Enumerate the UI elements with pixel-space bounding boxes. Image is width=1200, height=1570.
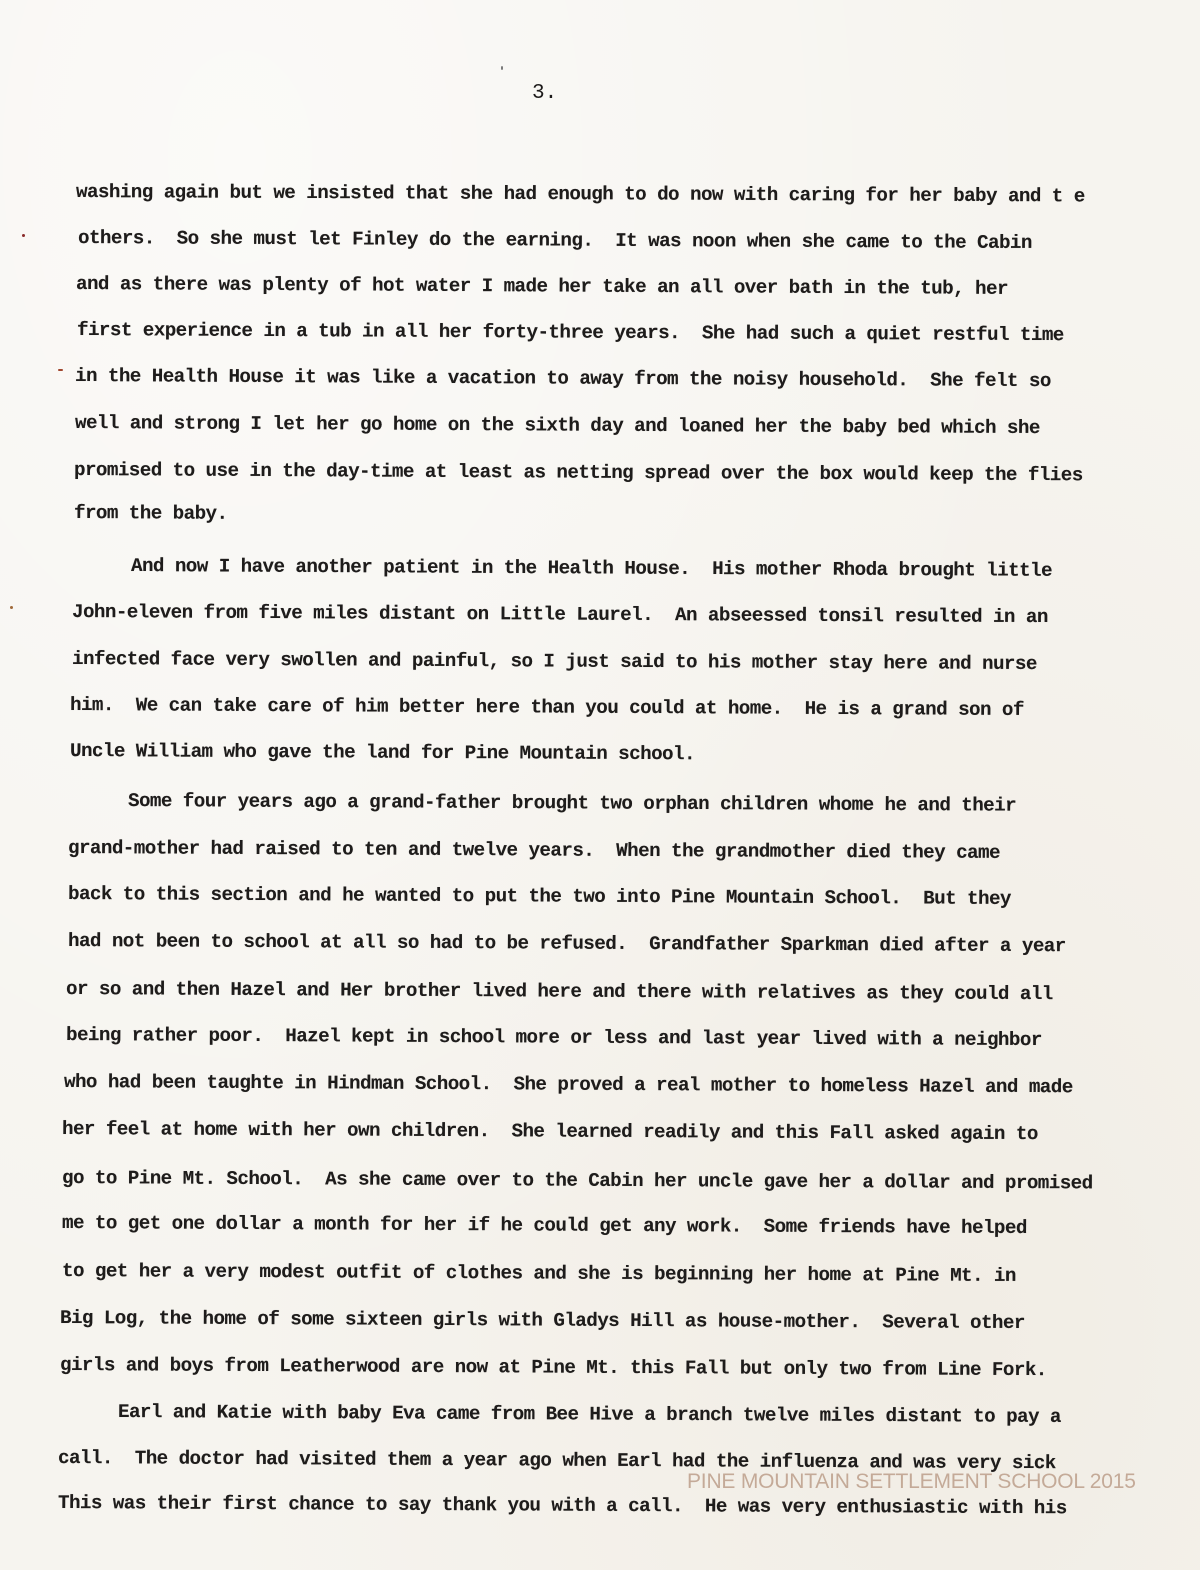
text-line: And now I have another patient in the He… bbox=[131, 554, 1052, 583]
text-line: back to this section and he wanted to pu… bbox=[68, 882, 1011, 911]
text-line: Earl and Katie with baby Eva came from B… bbox=[118, 1400, 1061, 1429]
text-line: first experience in a tub in all her for… bbox=[77, 318, 1064, 347]
margin-mark bbox=[22, 234, 25, 237]
text-line: in the Health House it was like a vacati… bbox=[75, 364, 1051, 393]
text-line: being rather poor. Hazel kept in school … bbox=[66, 1023, 1042, 1052]
page-number: 3. bbox=[532, 82, 557, 105]
text-line: Some four years ago a grand-father broug… bbox=[128, 789, 1016, 818]
text-line: promised to use in the day-time at least… bbox=[74, 458, 1083, 487]
text-line: and as there was plenty of hot water I m… bbox=[76, 272, 1008, 301]
document-page: 3. washing again but we insisted that sh… bbox=[0, 0, 1200, 1570]
text-line: her feel at home with her own children. … bbox=[62, 1117, 1038, 1146]
text-line: him. We can take care of him better here… bbox=[70, 693, 1024, 722]
text-line: who had been taughte in Hindman School. … bbox=[64, 1070, 1073, 1099]
text-line: go to Pine Mt. School. As she came over … bbox=[62, 1166, 1093, 1195]
text-line: infected face very swollen and painful, … bbox=[72, 647, 1037, 676]
text-line: girls and boys from Leatherwood are now … bbox=[60, 1353, 1047, 1382]
text-line: from the baby. bbox=[74, 501, 228, 526]
margin-mark bbox=[501, 66, 503, 70]
text-line: washing again but we insisted that she h… bbox=[76, 180, 1085, 208]
text-line: This was their first chance to say thank… bbox=[58, 1491, 1067, 1520]
text-line: well and strong I let her go home on the… bbox=[75, 411, 1040, 440]
margin-mark bbox=[10, 606, 13, 609]
text-line: me to get one dollar a month for her if … bbox=[62, 1211, 1027, 1240]
text-line: Big Log, the home of some sixteen girls … bbox=[60, 1306, 1025, 1335]
text-line: others. So she must let Finley do the ea… bbox=[78, 226, 1032, 255]
margin-mark bbox=[58, 369, 63, 371]
text-line: had not been to school at all so had to … bbox=[68, 929, 1066, 958]
text-line: to get her a very modest outfit of cloth… bbox=[62, 1259, 1016, 1288]
text-line: or so and then Hazel and Her brother liv… bbox=[66, 977, 1053, 1006]
text-line: grand-mother had raised to ten and twelv… bbox=[68, 836, 1000, 865]
watermark: PINE MOUNTAIN SETTLEMENT SCHOOL 2015 bbox=[687, 1470, 1136, 1494]
text-line: John-eleven from five miles distant on L… bbox=[72, 600, 1048, 629]
text-line: Uncle William who gave the land for Pine… bbox=[70, 739, 695, 766]
